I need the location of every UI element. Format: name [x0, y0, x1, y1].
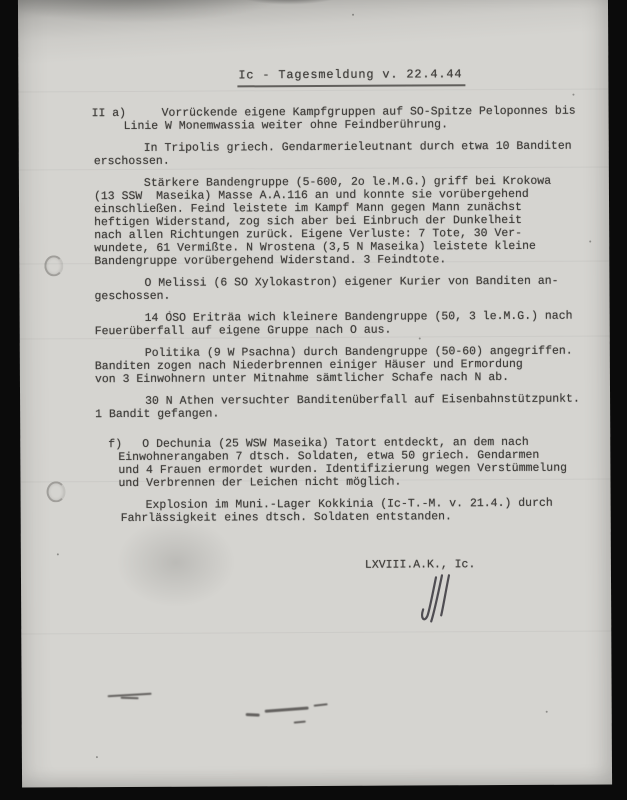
paper-crease: [18, 88, 608, 92]
text-line: und 4 Frauen ermordet wurden. Identifizi…: [118, 461, 610, 477]
ink-smudge: [265, 707, 309, 713]
report-title: Ic - Tagesmeldung v. 22.4.44: [237, 67, 465, 87]
paragraph: Politika (9 W Psachna) durch Bandengrupp…: [95, 344, 610, 386]
text-line: Vorrückende eigene Kampfgruppen auf SO-S…: [124, 104, 609, 120]
text-line: und Verbrennen der Leichen nicht möglich…: [118, 474, 610, 490]
text-line: Feuerüberfall auf eigene Gruppe nach O a…: [95, 322, 610, 338]
scanned-document: Ic - Tagesmeldung v. 22.4.44 II a) Vorrü…: [0, 0, 627, 800]
paper-speck: [352, 14, 354, 16]
paragraph: In Tripolis griech. Gendarmerieleutnant …: [94, 139, 609, 168]
ink-smudge: [246, 713, 260, 717]
paragraph: f) O Dechunia (25 WSW Maseika) Tatort en…: [118, 435, 610, 490]
ink-smudge: [121, 697, 139, 700]
text-line: Stärkere Bandengruppe (5-600, 2o le.M.G.…: [94, 174, 609, 190]
handwritten-initial-mark: [415, 571, 455, 629]
text-line: 30 N Athen versuchter Banditenüberfall a…: [95, 392, 610, 408]
paper-speck: [546, 711, 548, 713]
report-body: II a) Vorrückende eigene Kampfgruppen au…: [19, 104, 611, 573]
paragraph: II a) Vorrückende eigene Kampfgruppen au…: [124, 104, 609, 133]
paragraph: Stärkere Bandengruppe (5-600, 2o le.M.G.…: [94, 174, 609, 268]
text-line: 14 OSO Eriträa wich kleinere Bandengrupp…: [95, 309, 610, 325]
paragraph: O Melissi (6 SO Xylokastron) eigener Kur…: [94, 274, 609, 303]
text-line: Explosion im Muni.-Lager Kokkinia (Ic-T.…: [121, 496, 611, 512]
paragraph: 30 N Athen versuchter Banditenüberfall a…: [95, 392, 610, 421]
paragraph: 14 OSO Eriträa wich kleinere Bandengrupp…: [95, 309, 610, 338]
text-line: O Melissi (6 SO Xylokastron) eigener Kur…: [94, 274, 609, 290]
paragraph: Explosion im Muni.-Lager Kokkinia (Ic-T.…: [121, 496, 611, 525]
document-page: Ic - Tagesmeldung v. 22.4.44 II a) Vorrü…: [18, 0, 612, 788]
text-line: Politika (9 W Psachna) durch Bandengrupp…: [95, 344, 610, 360]
text-line: Fahrlässigkeit eines dtsch. Soldaten ent…: [121, 509, 611, 525]
section-label: II a): [92, 107, 127, 120]
text-line: geschossen.: [94, 287, 609, 303]
paper-speck: [96, 756, 98, 758]
scan-shadow: [18, 0, 608, 69]
paper-speck: [572, 94, 574, 96]
ink-smudge: [294, 721, 306, 724]
paper-crease: [21, 630, 611, 634]
signature: LXVIII.A.K., Ic.: [365, 557, 611, 571]
text-line: In Tripolis griech. Gendarmerieleutnant …: [94, 139, 609, 155]
ink-smudge: [314, 703, 328, 707]
text-line: Linie W Monemwassia weiter ohne Feindber…: [124, 117, 609, 133]
text-line: Bandengruppe vorübergehend Widerstand. 3…: [94, 252, 609, 268]
text-line: 1 Bandit gefangen.: [95, 405, 610, 421]
text-line: erschossen.: [94, 152, 609, 168]
text-line: von 3 Einwohnern unter Mitnahme sämtlich…: [95, 370, 610, 386]
text-line: wundete, 61 Vermißte. N Wrostena (3,5 N …: [94, 239, 609, 255]
section-label: f): [108, 438, 122, 451]
